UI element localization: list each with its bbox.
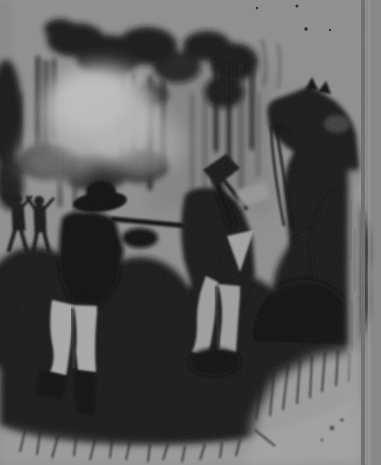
- grain-overlay: [0, 0, 381, 465]
- engraving-canvas: [0, 0, 381, 465]
- scanned-engraving-page: [0, 0, 381, 465]
